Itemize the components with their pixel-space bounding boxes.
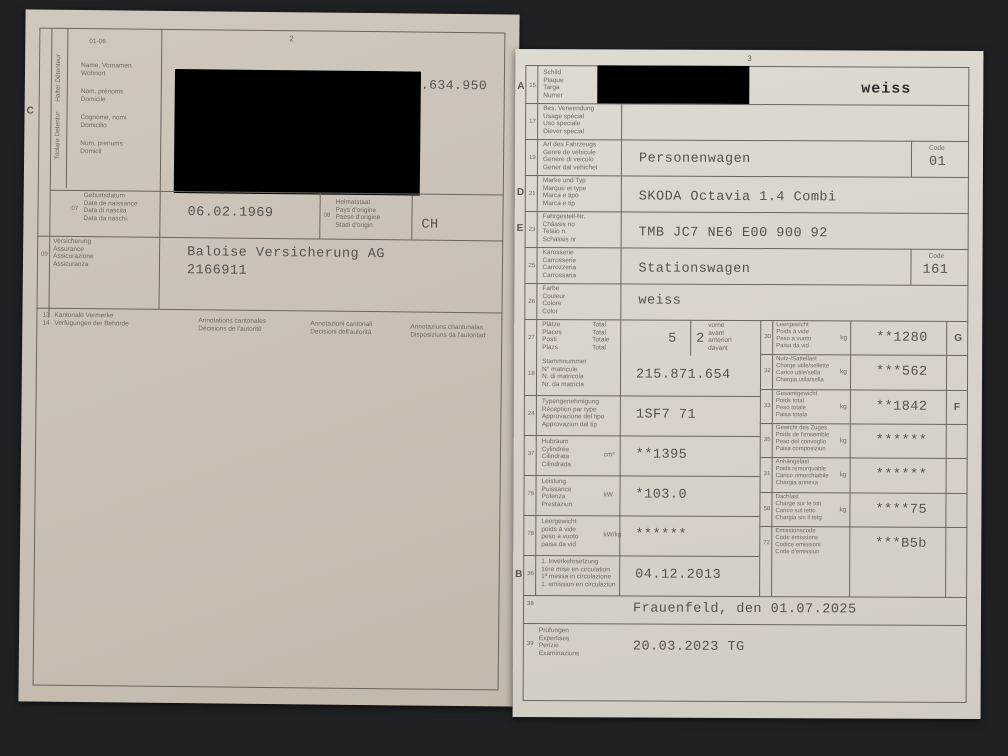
unit-label: kg	[840, 472, 847, 480]
seats-labels: PlätzePlacesPostiPlazs	[542, 321, 562, 351]
technical-left-column: 18StammnummerN° matriculeN. di matricola…	[515, 49, 983, 51]
divider	[911, 141, 912, 177]
field-code: 32	[764, 368, 771, 374]
divider	[690, 320, 691, 356]
right-page: 3 A 15 SchildPlaqueTargaNumer weiss 17 B…	[513, 49, 984, 719]
body-code-value: 161	[922, 263, 948, 278]
birth-date-value: 06.02.1969	[187, 205, 273, 221]
issue-place-date: Frauenfeld, den 01.07.2025	[633, 602, 857, 618]
field-code: 24	[528, 411, 535, 417]
divider	[910, 249, 911, 285]
insurance-company: Baloise Versicherung AG	[187, 245, 385, 262]
origin-code: 08	[323, 213, 330, 219]
section-letter-d: D	[517, 187, 524, 198]
field-code: 76	[528, 491, 535, 497]
annotations-label-rm: Annotaziuns chantunalasDisposiziuns da l…	[410, 323, 485, 339]
issue-code: 38	[527, 601, 534, 607]
field-value: **1395	[636, 448, 688, 463]
field-code: 30	[764, 334, 771, 340]
chassis-number-value: TMB JC7 NE6 E00 900 92	[639, 226, 828, 242]
holder-field-code: 01-06	[89, 38, 106, 46]
plate-labels: SchildPlaqueTargaNumer	[543, 69, 563, 99]
unit-label: kg	[840, 403, 847, 411]
vehicle-type-code: 19	[529, 155, 536, 161]
annotations-label-fr: Annotations cantonalesDécisions de l'aut…	[198, 317, 266, 333]
field-labels: GesamtgewichtPoids totalPeso totalePaisa…	[776, 391, 817, 419]
color-labels: FarbeCouleurColoreColor	[542, 285, 565, 315]
field-labels: TypengenehmigungRéception par typeApprov…	[542, 398, 605, 428]
birth-labels: GeburtsdatumDate de naissanceData di nas…	[83, 192, 137, 223]
field-value: ***B5b	[875, 536, 927, 551]
field-value: ******	[876, 468, 928, 483]
plate-color: weiss	[861, 80, 911, 97]
field-code: 58	[763, 506, 770, 512]
origin-value: CH	[421, 218, 438, 233]
name-label-fr: Nom, prénomsDomicile	[81, 88, 124, 103]
unit-label: kg	[840, 334, 847, 342]
plate-code: 15	[529, 83, 536, 89]
field-labels: LeistungPuissancePotenzaPrestaziun	[541, 478, 572, 508]
body-code: 25	[528, 263, 535, 269]
unit-label: cm³	[604, 451, 615, 459]
special-use-code: 17	[529, 119, 536, 125]
field-code: 31	[764, 471, 771, 477]
vehicle-type-code-value: 01	[929, 155, 946, 170]
section-letter-e: E	[517, 223, 524, 234]
unit-label: kg	[840, 437, 847, 445]
section-letter-a: A	[517, 81, 524, 92]
field-labels: 1. Inverkehrsetzung1ère mise en circulat…	[541, 558, 616, 588]
field-labels: Nutz-/SattellastCharge utile/selletteCar…	[776, 356, 829, 384]
technical-right-column: G30LeergewichtPoids à videPeso a vuotoPa…	[515, 49, 983, 51]
annotations-label-de: Kantonale VermerkeVerfügungen der Behörd…	[54, 312, 129, 328]
insurance-code: 09	[41, 252, 48, 258]
field-labels: HubraumCylindréeCilindrataCilindrada	[542, 438, 571, 468]
make-model-value: SKODA Octavia 1.4 Combi	[639, 190, 837, 206]
holder-partial-number: .634.950	[421, 78, 488, 94]
name-label-rm: Num, prenumsDomicil	[80, 140, 123, 155]
field-labels: Leergewichtpoids à videpeso a vuotopaisa…	[541, 518, 578, 548]
name-label-de: Name, VornamenWohnort	[81, 62, 132, 78]
field-value: 215.871.654	[636, 368, 731, 383]
inspection-labels: PrüfungenExpertisesPerizieExaminaziuns	[539, 627, 580, 657]
field-code: 33	[764, 403, 771, 409]
field-labels: Gewicht des ZugesPoids de l'ensemblePeso…	[776, 425, 830, 453]
code-label: Code	[929, 145, 945, 152]
field-code: 78	[527, 531, 534, 537]
field-value: ****75	[875, 502, 927, 517]
seats-front-value: 2	[696, 332, 705, 347]
vehicle-type-value: Personenwagen	[639, 152, 751, 167]
field-value: **1842	[876, 399, 928, 414]
chassis-code: 23	[529, 227, 536, 233]
field-value: 04.12.2013	[635, 568, 721, 583]
name-label-it: Cognome, nomiDomicilio	[80, 114, 126, 129]
field-value: ******	[876, 433, 928, 448]
field-value: 1SF7 71	[636, 408, 696, 423]
unit-label: kg	[840, 369, 847, 377]
field-value: **1280	[876, 331, 928, 346]
field-labels: LeergewichtPoids à videPeso a vuotoPaisa…	[776, 322, 811, 350]
field-code: 35	[764, 437, 771, 443]
field-code: 72	[763, 540, 770, 546]
insurance-labels: VersicherungAssuranceAssicurazioneAssicu…	[53, 238, 94, 268]
make-code: 21	[529, 191, 536, 197]
special-use-labels: Bes. VerwendungUsage spécialUso speciale…	[543, 105, 594, 135]
annotations-label-it: Annotazioni cantonaliDecisioni dell'auto…	[310, 320, 372, 336]
section-letter: F	[954, 401, 960, 412]
body-type-value: Stationswagen	[638, 262, 750, 277]
holder-vertical-label: Halter Détenteur	[55, 54, 63, 102]
seats-front-labels: vorneavantanterioridavant	[708, 322, 732, 352]
color-value: weiss	[638, 294, 681, 309]
unit-label: kW/kg	[603, 531, 621, 539]
seats-code: 27	[528, 335, 535, 341]
left-page: 2 C Halter Détenteur Titolare Detentur 0…	[18, 9, 519, 706]
chassis-labels: Fahrgestell-Nr.Châssis noTelaio n.Schass…	[543, 213, 586, 243]
code-label: Code	[929, 253, 945, 260]
field-labels: StammnummerN° matriculeN. di matricolaNr…	[542, 358, 587, 388]
origin-labels: HeimatstaatPays d'originePaese d'origine…	[335, 199, 380, 229]
field-code: 36	[527, 571, 534, 577]
inspection-code: 39	[527, 641, 534, 647]
birth-code: 07	[72, 206, 79, 212]
unit-label: kW	[603, 491, 612, 499]
annotations-codes: 1314	[42, 312, 49, 327]
section-letter: G	[954, 333, 962, 344]
unit-label: kg	[839, 506, 846, 514]
field-code: 37	[528, 451, 535, 457]
color-code: 26	[528, 299, 535, 305]
inspection-date-value: 20.03.2023 TG	[633, 640, 745, 655]
redacted-plate-number	[597, 65, 749, 104]
section-letter-c: C	[27, 105, 34, 116]
seats-total-value: 5	[668, 332, 677, 347]
holder-vertical-label: Titolare Detentur	[54, 112, 62, 160]
field-labels: DachlastCharge sur le toitCarico sul tet…	[775, 494, 821, 522]
section-letter: B	[515, 569, 522, 580]
field-code: 18	[528, 371, 535, 377]
body-labels: KarosserieCarrosserieCarrozzeriaCarrossa…	[542, 249, 576, 279]
field-labels: AnhängelastPoids remorquableCarico rimor…	[776, 459, 829, 487]
field-value: ***562	[876, 365, 928, 380]
make-labels: Marke und TypMarque et typeMarca e tipoM…	[543, 177, 586, 207]
insurance-number: 2166911	[187, 263, 247, 279]
page-number-right: 3	[747, 54, 751, 63]
field-value: *103.0	[635, 488, 687, 503]
vehicle-type-labels: Art des FahrzeugsGenre de véhiculeGenere…	[543, 141, 597, 171]
field-labels: EmissionscodeCode émissionsCodice emissi…	[775, 528, 820, 556]
seats-sublabels: TotalTotalTotaleTotal	[592, 321, 609, 351]
redacted-holder-name	[174, 69, 421, 196]
field-value: ******	[635, 528, 687, 543]
